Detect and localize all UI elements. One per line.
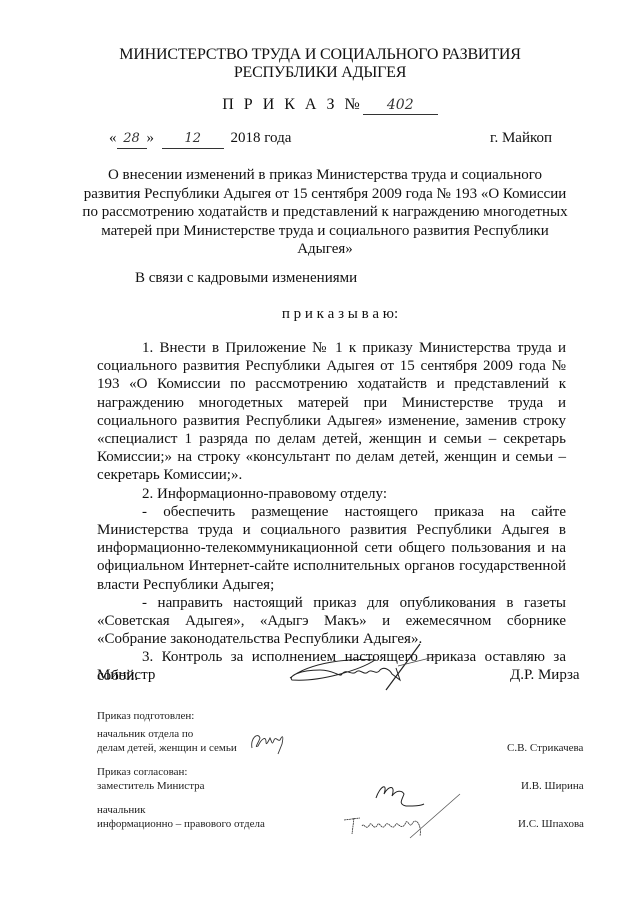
signatory-title: Министр <box>97 666 155 684</box>
order-label: П Р И К А З № <box>222 96 363 113</box>
order-subject: О внесении изменений в приказ Министерст… <box>80 166 570 259</box>
approval-signatures-icon <box>340 776 480 846</box>
preamble: В связи с кадровыми изменениями <box>135 269 357 287</box>
order-number: 402 <box>363 98 438 115</box>
ministry-name-line1: МИНИСТЕРСТВО ТРУДА И СОЦИАЛЬНОГО РАЗВИТИ… <box>0 45 640 65</box>
date-line: «28» 12 2018 года <box>109 129 291 149</box>
legal-role-line2: информационно – правового отдела <box>97 818 265 831</box>
date-year: 2018 года <box>231 130 292 146</box>
agreed-label: Приказ согласован: <box>97 766 187 779</box>
city: г. Майкоп <box>490 129 552 147</box>
prepared-name: С.В. Стрикачева <box>507 742 583 755</box>
ministry-name-line2: РЕСПУБЛИКИ АДЫГЕЯ <box>0 63 640 83</box>
legal-name: И.С. Шпахова <box>518 818 584 831</box>
order-item-1: 1. Внести в Приложение № 1 к приказу Мин… <box>97 339 566 485</box>
order-item-2: 2. Информационно-правовому отделу: <box>97 485 566 503</box>
deputy-role: заместитель Министра <box>97 780 205 793</box>
date-day: 28 <box>117 132 147 149</box>
subject-line: О внесении изменений в приказ Министерст… <box>80 166 570 185</box>
prepared-label: Приказ подготовлен: <box>97 710 194 723</box>
prepared-role-line2: делам детей, женщин и семьи <box>97 742 237 755</box>
date-month: 12 <box>162 132 224 149</box>
legal-role-line1: начальник <box>97 804 145 817</box>
date-open-quote: « <box>109 130 117 146</box>
order-verb: п р и к а з ы в а ю: <box>0 305 640 323</box>
prepared-role-line1: начальник отдела по <box>97 728 193 741</box>
order-item-2a: - обеспечить размещение настоящего прика… <box>97 503 566 594</box>
signatory-name: Д.Р. Мирза <box>510 666 580 684</box>
deputy-name: И.В. Ширина <box>521 780 584 793</box>
subject-line: Адыгея» <box>80 240 570 259</box>
date-close-quote: » <box>147 130 155 146</box>
subject-line: развития Республики Адыгея от 15 сентябр… <box>80 185 570 204</box>
order-title: П Р И К А З №402 <box>0 96 640 115</box>
subject-line: матерей при Министерстве труда и социаль… <box>80 222 570 241</box>
order-body: 1. Внести в Приложение № 1 к приказу Мин… <box>97 339 566 685</box>
minister-signature-icon <box>280 640 480 700</box>
prepared-signature-icon <box>248 728 298 758</box>
subject-line: по рассмотрению ходатайств и представлен… <box>80 203 570 222</box>
